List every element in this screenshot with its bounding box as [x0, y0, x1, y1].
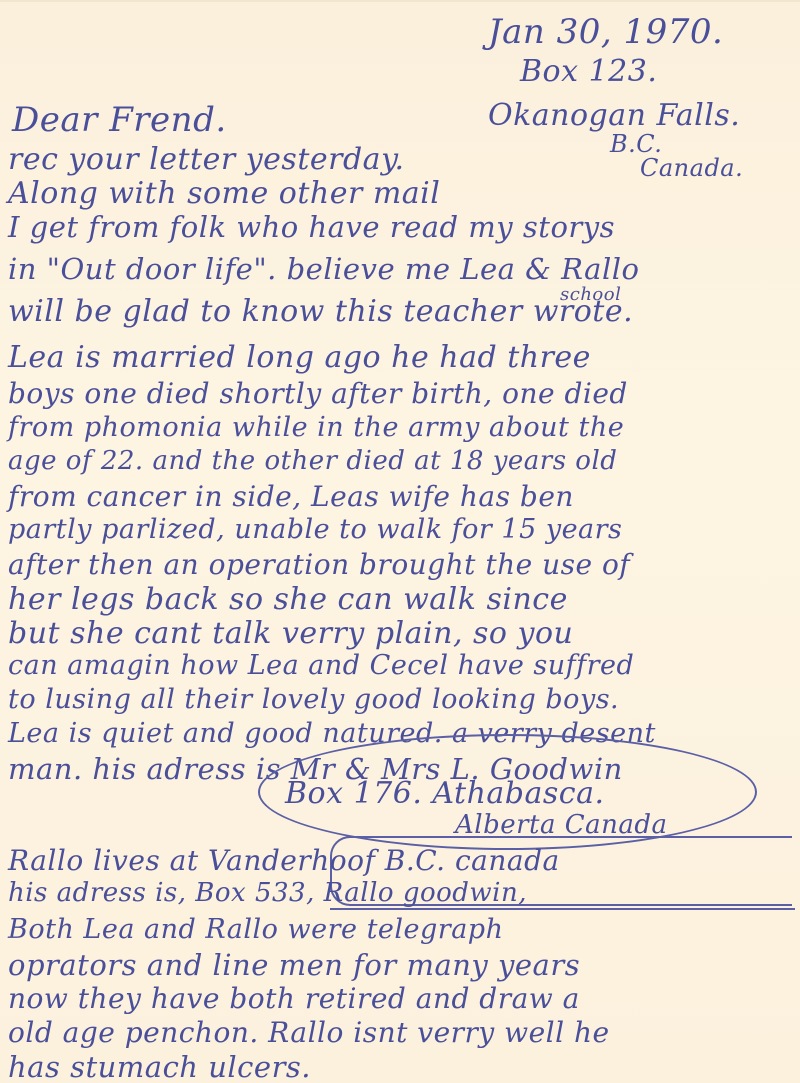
- body-line: Both Lea and Rallo were telegraph: [8, 914, 503, 945]
- letter-country: Canada.: [640, 154, 743, 182]
- body-line: from phomonia while in the army about th…: [8, 412, 624, 443]
- body-line: Lea is married long ago he had three: [8, 340, 591, 375]
- body-line: I get from folk who have read my storys: [8, 210, 615, 244]
- letter-paper: Jan 30, 1970. Box 123. Okanogan Falls. B…: [0, 0, 800, 1083]
- body-line: can amagin how Lea and Cecel have suffre…: [8, 650, 634, 681]
- body-line: will be glad to know this teacher wrote.: [8, 294, 633, 329]
- body-line: Rallo lives at Vanderhoof B.C. canada: [8, 844, 560, 877]
- body-line: partly parlized, unable to walk for 15 y…: [8, 514, 622, 545]
- body-line: oprators and line men for many years: [8, 948, 580, 982]
- salutation: Dear Frend.: [12, 100, 227, 140]
- body-line: Lea is quiet and good natured. a verry d…: [8, 718, 656, 749]
- body-line: her legs back so she can walk since: [8, 582, 568, 617]
- body-line: from cancer in side, Leas wife has ben: [8, 480, 574, 513]
- address-lea-line1: Box 176. Athabasca.: [285, 776, 605, 811]
- body-line: to lusing all their lovely good looking …: [8, 684, 619, 715]
- body-line: old age penchon. Rallo isnt verry well h…: [8, 1016, 610, 1049]
- body-line: his adress is, Box 533, Rallo goodwin,: [8, 878, 527, 908]
- letter-box: Box 123.: [520, 54, 657, 89]
- body-line: Along with some other mail: [8, 176, 440, 211]
- body-line: after then an operation brought the use …: [8, 548, 630, 581]
- body-line: rec your letter yesterday.: [8, 142, 405, 177]
- body-line: age of 22. and the other died at 18 year…: [8, 446, 617, 476]
- body-line: but she cant talk verry plain, so you: [8, 616, 573, 651]
- body-line: now they have both retired and draw a: [8, 982, 580, 1015]
- letter-date: Jan 30, 1970.: [488, 12, 723, 52]
- body-line: boys one died shortly after birth, one d…: [8, 377, 628, 410]
- letter-city: Okanogan Falls.: [488, 98, 740, 133]
- body-line: has stumach ulcers.: [8, 1050, 311, 1083]
- address-underline: [330, 908, 795, 910]
- body-line: in "Out door life". believe me Lea & Ral…: [8, 252, 639, 286]
